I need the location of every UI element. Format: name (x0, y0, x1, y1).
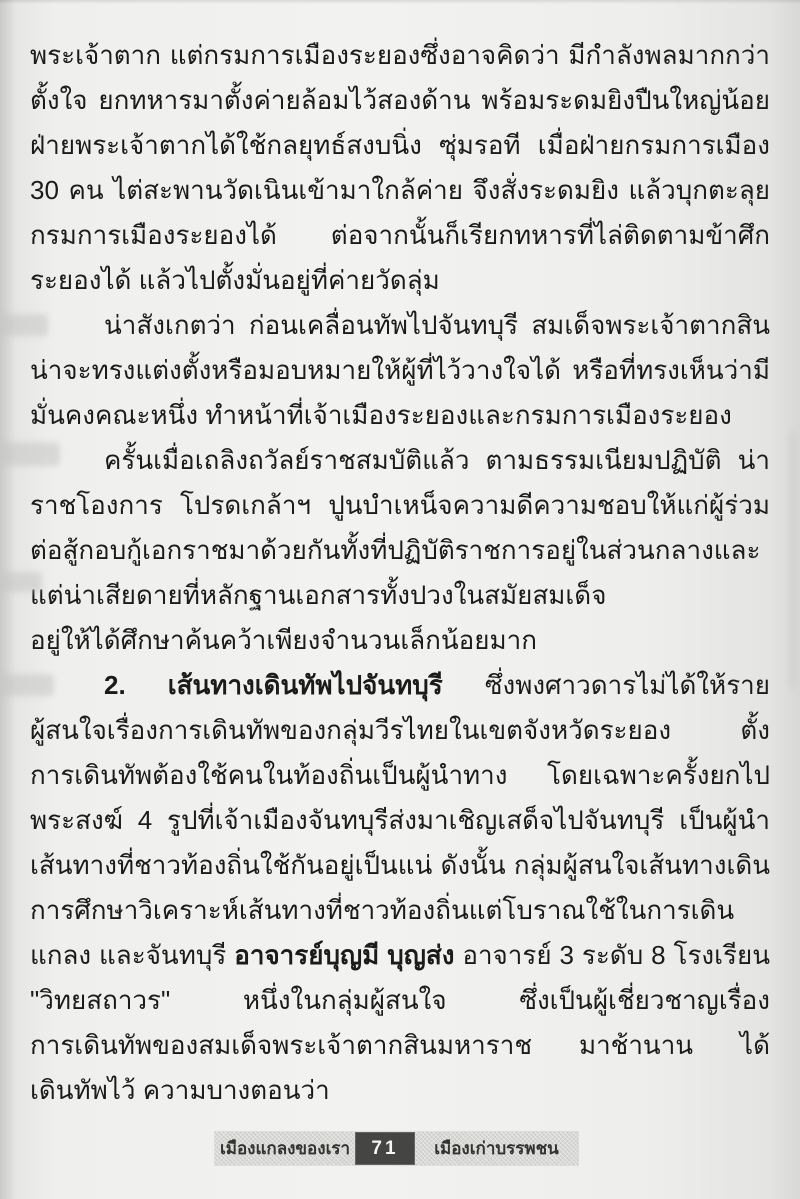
text-line: ครั้นเมื่อเถลิงถวัลย์ราชสมบัติแล้ว ตามธร… (30, 438, 770, 483)
text-line: มั่นคงคณะหนึ่ง ทำหน้าที่เจ้าเมืองระยองแล… (30, 393, 770, 438)
text-segment: การเดินทัพของสมเด็จพระเจ้าตากสินมหาราช ม… (30, 1030, 770, 1068)
text-segment: น่าสังเกตว่า ก่อนเคลื่อนทัพไปจันทบุรี สม… (104, 310, 770, 348)
text-segment: "วิทยสถาวร" หนึ่งในกลุ่มผู้สนใจ ซึ่งเป็น… (30, 985, 770, 1023)
footer-right-title: เมืองเก่าบรรพชน (415, 1132, 578, 1165)
bleed-through-artifact (2, 572, 42, 592)
text-line: การเดินทัพของสมเด็จพระเจ้าตากสินมหาราช ม… (30, 1023, 770, 1068)
text-line: พระเจ้าตาก แต่กรมการเมืองระยองซึ่งอาจคิด… (30, 33, 770, 78)
text-line: เส้นทางที่ชาวท้องถิ่นใช้กันอยู่เป็นแน่ ด… (30, 843, 770, 888)
bold-text-segment: อาจารย์บุญมี บุญส่ง (234, 940, 454, 970)
text-segment: ฝ่ายพระเจ้าตากได้ใช้กลยุทธ์สงบนิ่ง ซุ่มร… (30, 130, 770, 168)
text-line: ต่อสู้กอบกู้เอกราชมาด้วยกันทั้งที่ปฏิบัต… (30, 528, 770, 573)
text-line: ตั้งใจ ยกทหารมาตั้งค่ายล้อมไว้สองด้าน พร… (30, 78, 770, 123)
text-line: กรมการเมืองระยองได้ ต่อจากนั้นก็เรียกทหา… (30, 213, 770, 258)
footer-left-title: เมืองแกลงของเรา (215, 1132, 355, 1165)
text-segment: มั่นคงคณะหนึ่ง ทำหน้าที่เจ้าเมืองระยองแล… (30, 400, 732, 430)
scanned-book-page: พระเจ้าตาก แต่กรมการเมืองระยองซึ่งอาจคิด… (0, 0, 800, 1199)
text-line: 30 คน ไต่สะพานวัดเนินเข้ามาใกล้ค่าย จึงส… (30, 168, 770, 213)
text-segment: ต่อสู้กอบกู้เอกราชมาด้วยกันทั้งที่ปฏิบัต… (30, 535, 770, 573)
text-segment: แต่น่าเสียดายที่หลักฐานเอกสารทั้งปวงในสม… (30, 580, 606, 618)
text-segment: ครั้นเมื่อเถลิงถวัลย์ราชสมบัติแล้ว ตามธร… (104, 445, 770, 483)
text-line: 2. เส้นทางเดินทัพไปจันทบุรี ซึ่งพงศาวดาร… (30, 663, 770, 708)
text-segment: เดินทัพไว้ ความบางตอนว่า (30, 1075, 330, 1105)
page-footer: เมืองแกลงของเรา 71 เมืองเก่าบรรพชน (215, 1132, 578, 1165)
text-line: น่าสังเกตว่า ก่อนเคลื่อนทัพไปจันทบุรี สม… (30, 303, 770, 348)
text-segment: น่าจะทรงแต่งตั้งหรือมอบหมายให้ผู้ที่ไว้ว… (30, 355, 770, 393)
text-segment: เส้นทางที่ชาวท้องถิ่นใช้กันอยู่เป็นแน่ ด… (30, 850, 770, 888)
text-segment: ตั้งใจ ยกทหารมาตั้งค่ายล้อมไว้สองด้าน พร… (30, 85, 770, 123)
text-line: อยู่ให้ได้ศึกษาค้นคว้าเพียงจำนวนเล็กน้อย… (30, 618, 770, 663)
bleed-through-artifact (2, 674, 54, 696)
bleed-through-artifact (2, 314, 48, 336)
text-segment: ระยองได้ แล้วไปตั้งมั่นอยู่ที่ค่ายวัดลุ่… (30, 265, 440, 295)
bleed-through-artifact (2, 442, 60, 466)
bleed-through-artifact (789, 430, 797, 690)
text-segment: ราชโองการ โปรดเกล้าฯ ปูนบำเหน็จความดีควา… (30, 490, 770, 528)
text-segment: กรมการเมืองระยองได้ ต่อจากนั้นก็เรียกทหา… (30, 220, 770, 258)
text-line: "วิทยสถาวร" หนึ่งในกลุ่มผู้สนใจ ซึ่งเป็น… (30, 978, 770, 1023)
text-line: ราชโองการ โปรดเกล้าฯ ปูนบำเหน็จความดีควา… (30, 483, 770, 528)
text-line: ฝ่ายพระเจ้าตากได้ใช้กลยุทธ์สงบนิ่ง ซุ่มร… (30, 123, 770, 168)
text-line: ระยองได้ แล้วไปตั้งมั่นอยู่ที่ค่ายวัดลุ่… (30, 258, 770, 303)
text-line: ผู้สนใจเรื่องการเดินทัพของกลุ่มวีรไทยในเ… (30, 708, 770, 753)
text-segment: พระสงฆ์ 4 รูปที่เจ้าเมืองจันทบุรีส่งมาเช… (30, 805, 770, 843)
text-line: การเดินทัพต้องใช้คนในท้องถิ่นเป็นผู้นำทา… (30, 753, 770, 798)
text-line: พระสงฆ์ 4 รูปที่เจ้าเมืองจันทบุรีส่งมาเช… (30, 798, 770, 843)
text-line: การศึกษาวิเคราะห์เส้นทางที่ชาวท้องถิ่นแต… (30, 888, 770, 933)
bold-text-segment: 2. เส้นทางเดินทัพไปจันทบุรี (104, 670, 485, 700)
text-line: เดินทัพไว้ ความบางตอนว่า (30, 1068, 770, 1113)
text-segment: การเดินทัพต้องใช้คนในท้องถิ่นเป็นผู้นำทา… (30, 760, 770, 798)
text-segment: ผู้สนใจเรื่องการเดินทัพของกลุ่มวีรไทยในเ… (30, 715, 770, 753)
body-text: พระเจ้าตาก แต่กรมการเมืองระยองซึ่งอาจคิด… (30, 33, 770, 1113)
text-line: แต่น่าเสียดายที่หลักฐานเอกสารทั้งปวงในสม… (30, 573, 770, 618)
text-line: น่าจะทรงแต่งตั้งหรือมอบหมายให้ผู้ที่ไว้ว… (30, 348, 770, 393)
text-line: แกลง และจันทบุรี อาจารย์บุญมี บุญส่ง อาจ… (30, 933, 770, 978)
text-segment: 30 คน ไต่สะพานวัดเนินเข้ามาใกล้ค่าย จึงส… (30, 175, 770, 213)
page-number-badge: 71 (355, 1132, 415, 1165)
text-segment: พระเจ้าตาก แต่กรมการเมืองระยองซึ่งอาจคิด… (30, 40, 770, 78)
text-segment: อยู่ให้ได้ศึกษาค้นคว้าเพียงจำนวนเล็กน้อย… (30, 625, 537, 655)
text-segment: การศึกษาวิเคราะห์เส้นทางที่ชาวท้องถิ่นแต… (30, 895, 734, 933)
text-segment: แกลง และจันทบุรี (30, 940, 234, 970)
